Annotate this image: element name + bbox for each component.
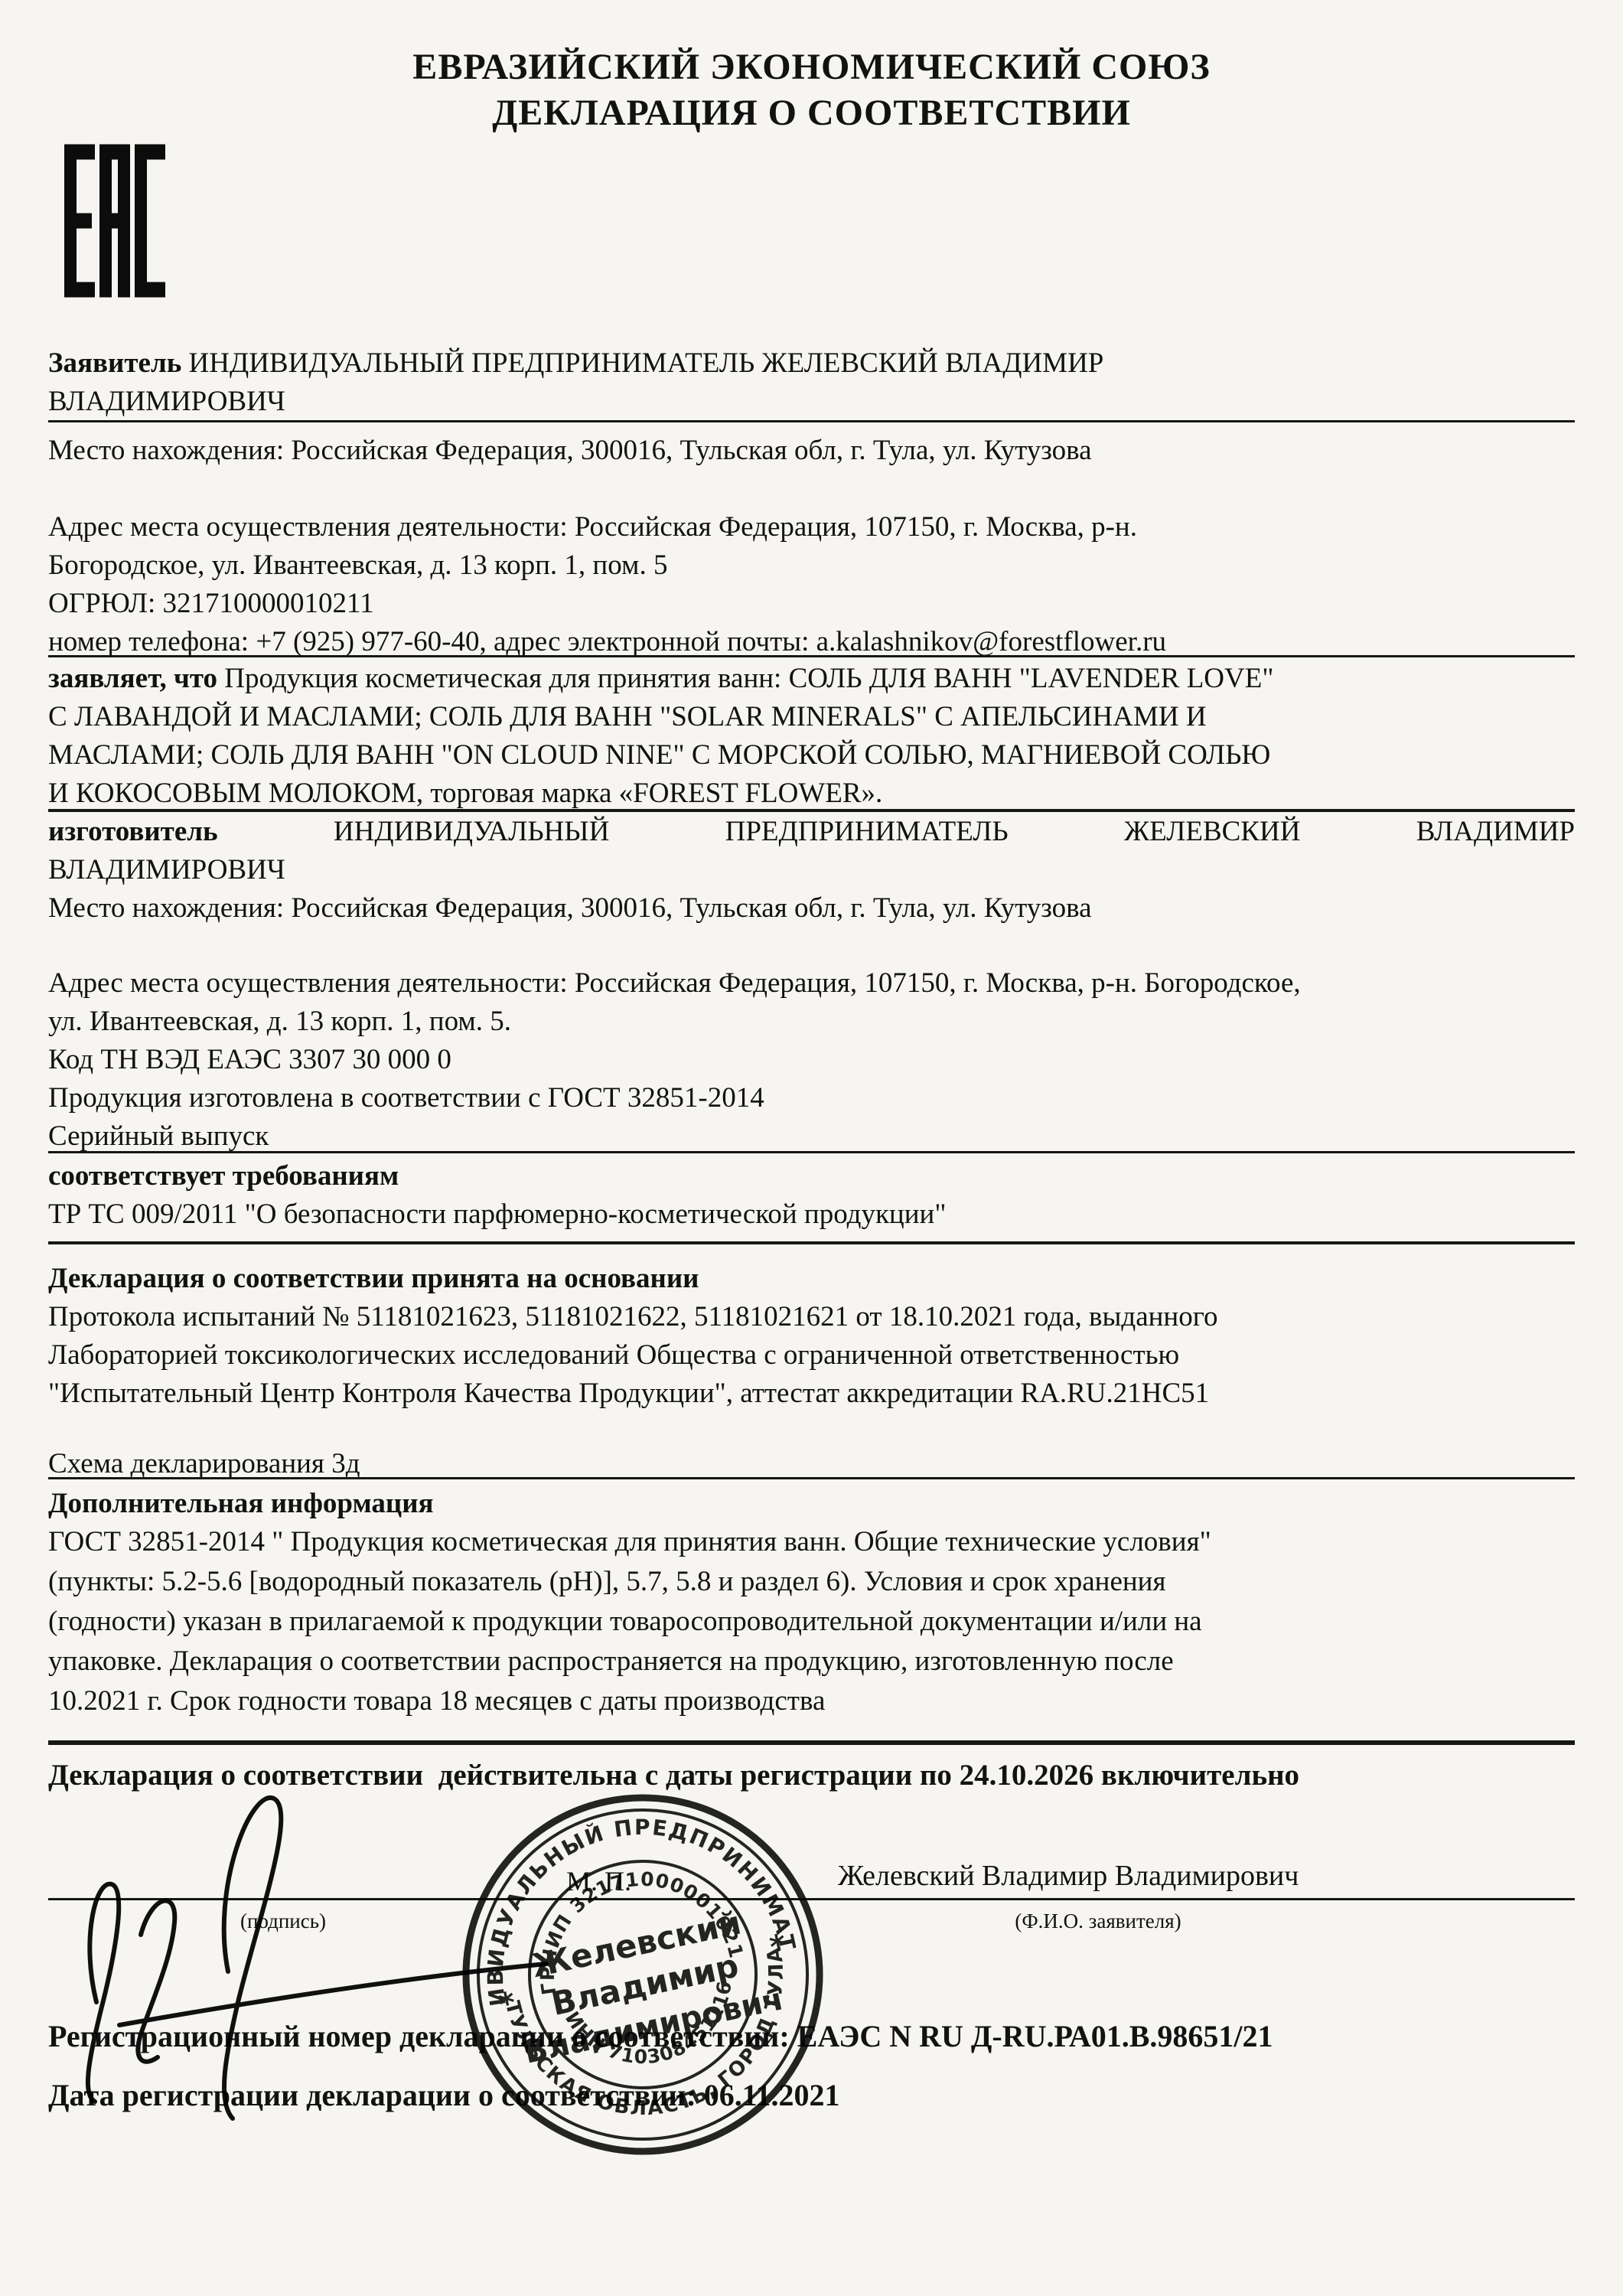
divider [48, 1151, 1575, 1153]
product-line2: С ЛАВАНДОЙ И МАСЛАМИ; СОЛЬ ДЛЯ ВАНН "SOL… [48, 700, 1575, 735]
divider [48, 809, 1575, 812]
tnved-code: Код ТН ВЭД ЕАЭС 3307 30 000 0 [48, 1042, 1575, 1078]
manufacturer-activity-address-1: Адрес места осуществления деятельности: … [48, 966, 1575, 1001]
applicant-line1: Заявитель ИНДИВИДУАЛЬНЫЙ ПРЕДПРИНИМАТЕЛЬ… [48, 346, 1575, 381]
additional-line1: ГОСТ 32851-2014 " Продукция косметическа… [48, 1525, 1575, 1560]
basis-header: Декларация о соответствии принята на осн… [48, 1261, 1575, 1296]
divider [48, 655, 1575, 657]
applicant-location: Место нахождения: Российская Федерация, … [48, 433, 1575, 468]
doc-title: ДЕКЛАРАЦИЯ О СООТВЕТСТВИИ [0, 90, 1623, 136]
fullname-caption: (Ф.И.О. заявителя) [987, 1909, 1209, 1935]
additional-line3: (годности) указан в прилагаемой к продук… [48, 1604, 1575, 1639]
divider [48, 1477, 1575, 1479]
additional-line2: (пункты: 5.2-5.6 [водородный показатель … [48, 1564, 1575, 1600]
additional-header: Дополнительная информация [48, 1486, 1575, 1521]
divider-thick [48, 1740, 1575, 1745]
manufacturer-line2: ВЛАДИМИРОВИЧ [48, 853, 1575, 888]
serial-line: Серийный выпуск [48, 1119, 1575, 1154]
divider [48, 1241, 1575, 1244]
declares-label: заявляет, что [48, 663, 224, 694]
union-title: ЕВРАЗИЙСКИЙ ЭКОНОМИЧЕСКИЙ СОЮЗ [0, 44, 1623, 90]
declares-line: заявляет, что Продукция косметическая дл… [48, 661, 1575, 696]
divider [48, 420, 1575, 422]
applicant-label: Заявитель [48, 347, 181, 379]
applicant-ogrul: ОГРЮЛ: 321710000010211 [48, 586, 1575, 621]
basis-line3: "Испытательный Центр Контроля Качества П… [48, 1376, 1575, 1411]
basis-line1: Протокола испытаний № 51181021623, 51181… [48, 1300, 1575, 1335]
basis-line2: Лабораторией токсикологических исследова… [48, 1338, 1575, 1373]
applicant-fullname: Желевский Владимир Владимирович [838, 1858, 1419, 1895]
compliance-requirement: ТР ТС 009/2011 "О безопасности парфюмерн… [48, 1197, 1575, 1232]
manufacturer-activity-address-2: ул. Ивантеевская, д. 13 корп. 1, пом. 5. [48, 1004, 1575, 1039]
product-line4: И КОКОСОВЫМ МОЛОКОМ, торговая марка «FOR… [48, 776, 1575, 811]
applicant-line2: ВЛАДИМИРОВИЧ [48, 384, 1575, 419]
gost-line: Продукция изготовлена в соответствии с Г… [48, 1081, 1575, 1116]
additional-line4: упаковке. Декларация о соответствии расп… [48, 1644, 1575, 1679]
declaration-document: ЕВРАЗИЙСКИЙ ЭКОНОМИЧЕСКИЙ СОЮЗ ДЕКЛАРАЦИ… [0, 0, 1623, 2296]
compliance-header: соответствует требованиям [48, 1159, 1575, 1194]
applicant-activity-address-1: Адрес места осуществления деятельности: … [48, 510, 1575, 545]
product-line3: МАСЛАМИ; СОЛЬ ДЛЯ ВАНН "ON CLOUD NINE" С… [48, 738, 1575, 773]
additional-line5: 10.2021 г. Срок годности товара 18 месяц… [48, 1684, 1575, 1719]
applicant-activity-address-2: Богородское, ул. Ивантеевская, д. 13 кор… [48, 548, 1575, 583]
round-stamp: ИНДИВИДУАЛЬНЫЙ ПРЕДПРИНИМАТЕЛЬ ТУЛЬСКАЯ … [459, 1791, 826, 2158]
manufacturer-label: изготовитель [48, 814, 218, 850]
manufacturer-location: Место нахождения: Российская Федерация, … [48, 891, 1575, 926]
eac-logo [64, 142, 165, 299]
manufacturer-line1: изготовитель ИНДИВИДУАЛЬНЫЙ ПРЕДПРИНИМАТ… [48, 814, 1575, 850]
stamp-star-left: * [496, 1985, 519, 2023]
